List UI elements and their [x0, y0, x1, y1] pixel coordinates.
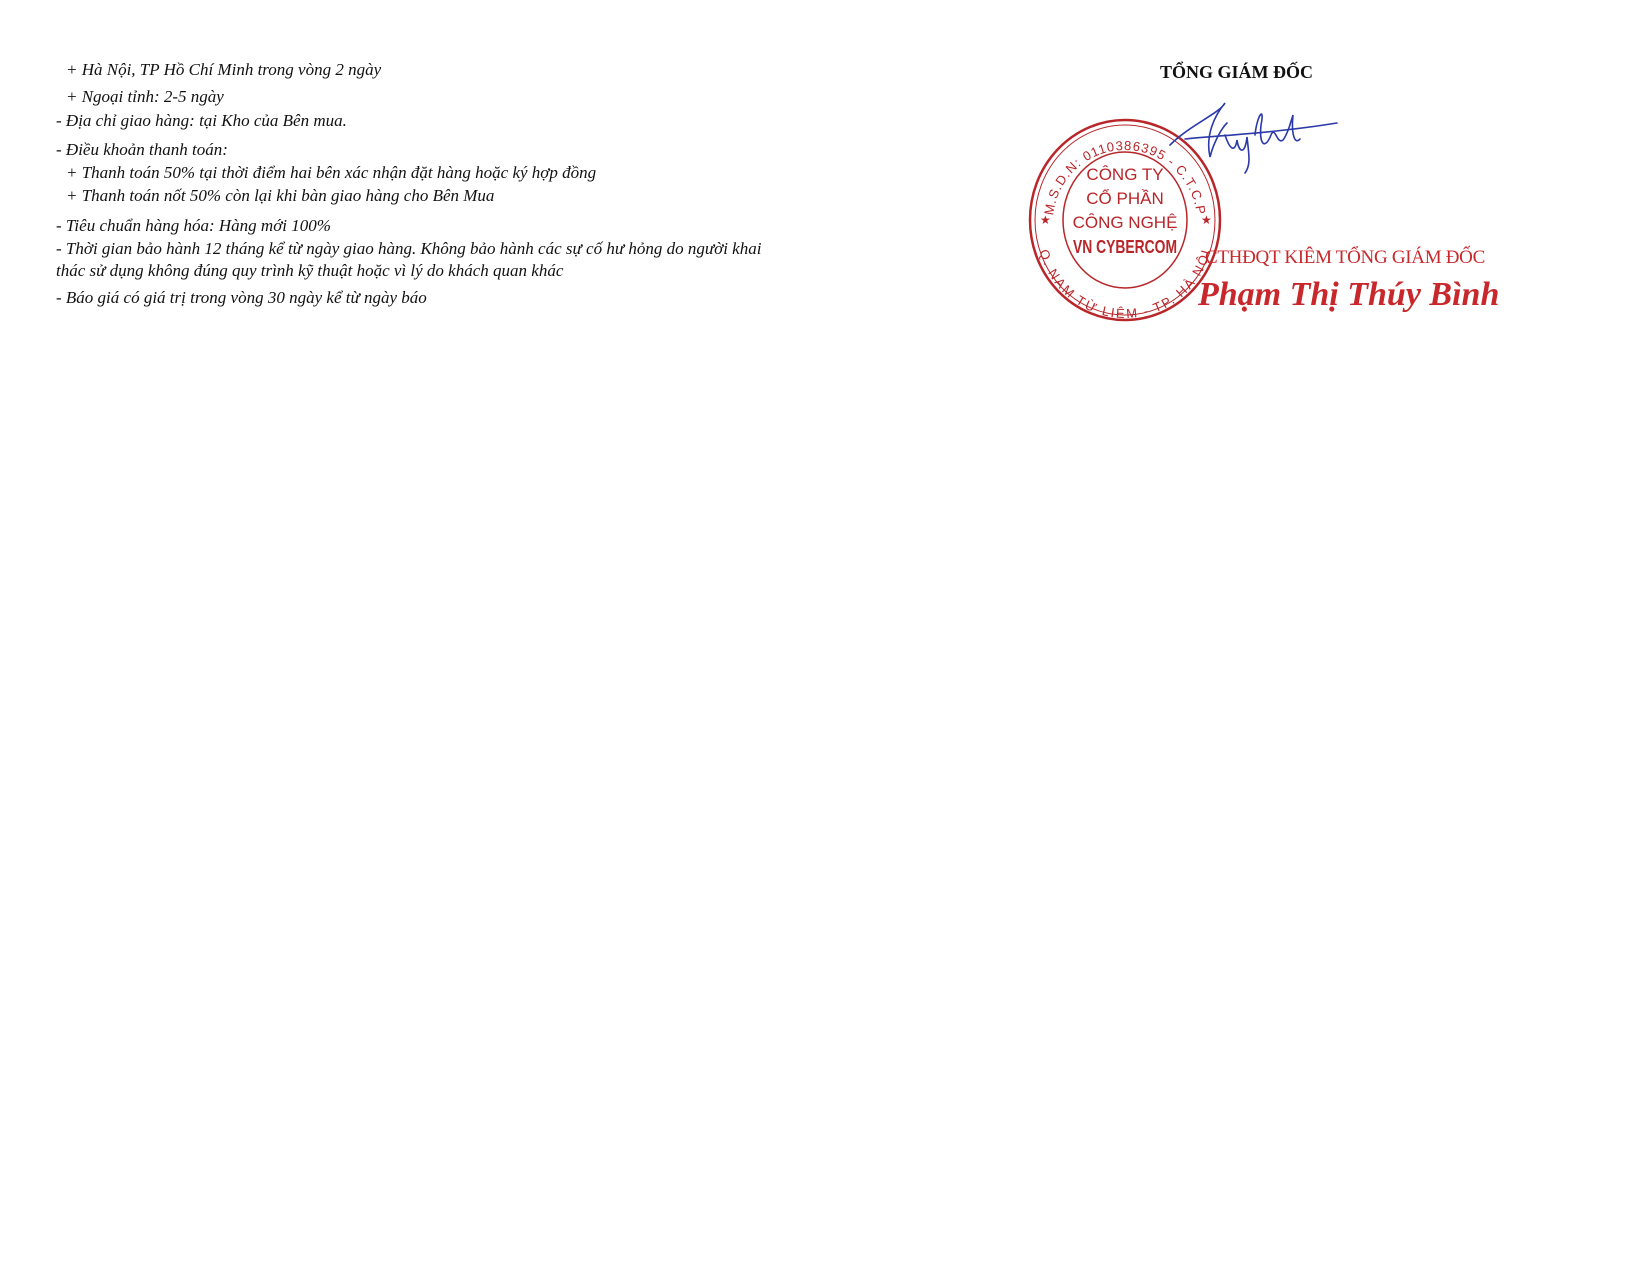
delivery-hanoi-hcm: + Hà Nội, TP Hồ Chí Minh trong vòng 2 ng…: [66, 60, 381, 80]
delivery-address: - Địa chỉ giao hàng: tại Kho của Bên mua…: [56, 111, 347, 131]
warranty-line-1: - Thời gian bảo hành 12 tháng kể từ ngày…: [56, 239, 761, 259]
warranty-line-2: thác sử dụng không đúng quy trình kỹ thu…: [56, 261, 563, 281]
signer-role: CTHĐQT KIÊM TỔNG GIÁM ĐỐC: [1205, 247, 1485, 269]
svg-text:Q. NAM TỪ LIÊM - TP. HÀ NỘI: Q. NAM TỪ LIÊM - TP. HÀ NỘI: [1037, 247, 1214, 321]
svg-text:CÔNG TY: CÔNG TY: [1086, 165, 1163, 184]
svg-text:CỔ PHẦN: CỔ PHẦN: [1086, 189, 1163, 208]
svg-text:VN CYBERCOM: VN CYBERCOM: [1073, 237, 1177, 257]
payment-term-2: + Thanh toán nốt 50% còn lại khi bàn gia…: [66, 186, 494, 206]
svg-text:★: ★: [1201, 213, 1212, 227]
payment-terms-heading: - Điều khoản thanh toán:: [56, 140, 228, 160]
svg-text:CÔNG NGHỆ: CÔNG NGHỆ: [1073, 213, 1178, 232]
quote-validity: - Báo giá có giá trị trong vòng 30 ngày …: [56, 288, 427, 308]
signer-name: Phạm Thị Thúy Bình: [1198, 276, 1499, 314]
signature-title: TỔNG GIÁM ĐỐC: [1160, 62, 1313, 83]
svg-text:★: ★: [1040, 213, 1051, 227]
payment-term-1: + Thanh toán 50% tại thời điểm hai bên x…: [66, 163, 596, 183]
handwritten-signature-icon: [1165, 95, 1340, 175]
goods-standard: - Tiêu chuẩn hàng hóa: Hàng mới 100%: [56, 216, 331, 236]
delivery-province: + Ngoại tỉnh: 2-5 ngày: [66, 87, 224, 107]
